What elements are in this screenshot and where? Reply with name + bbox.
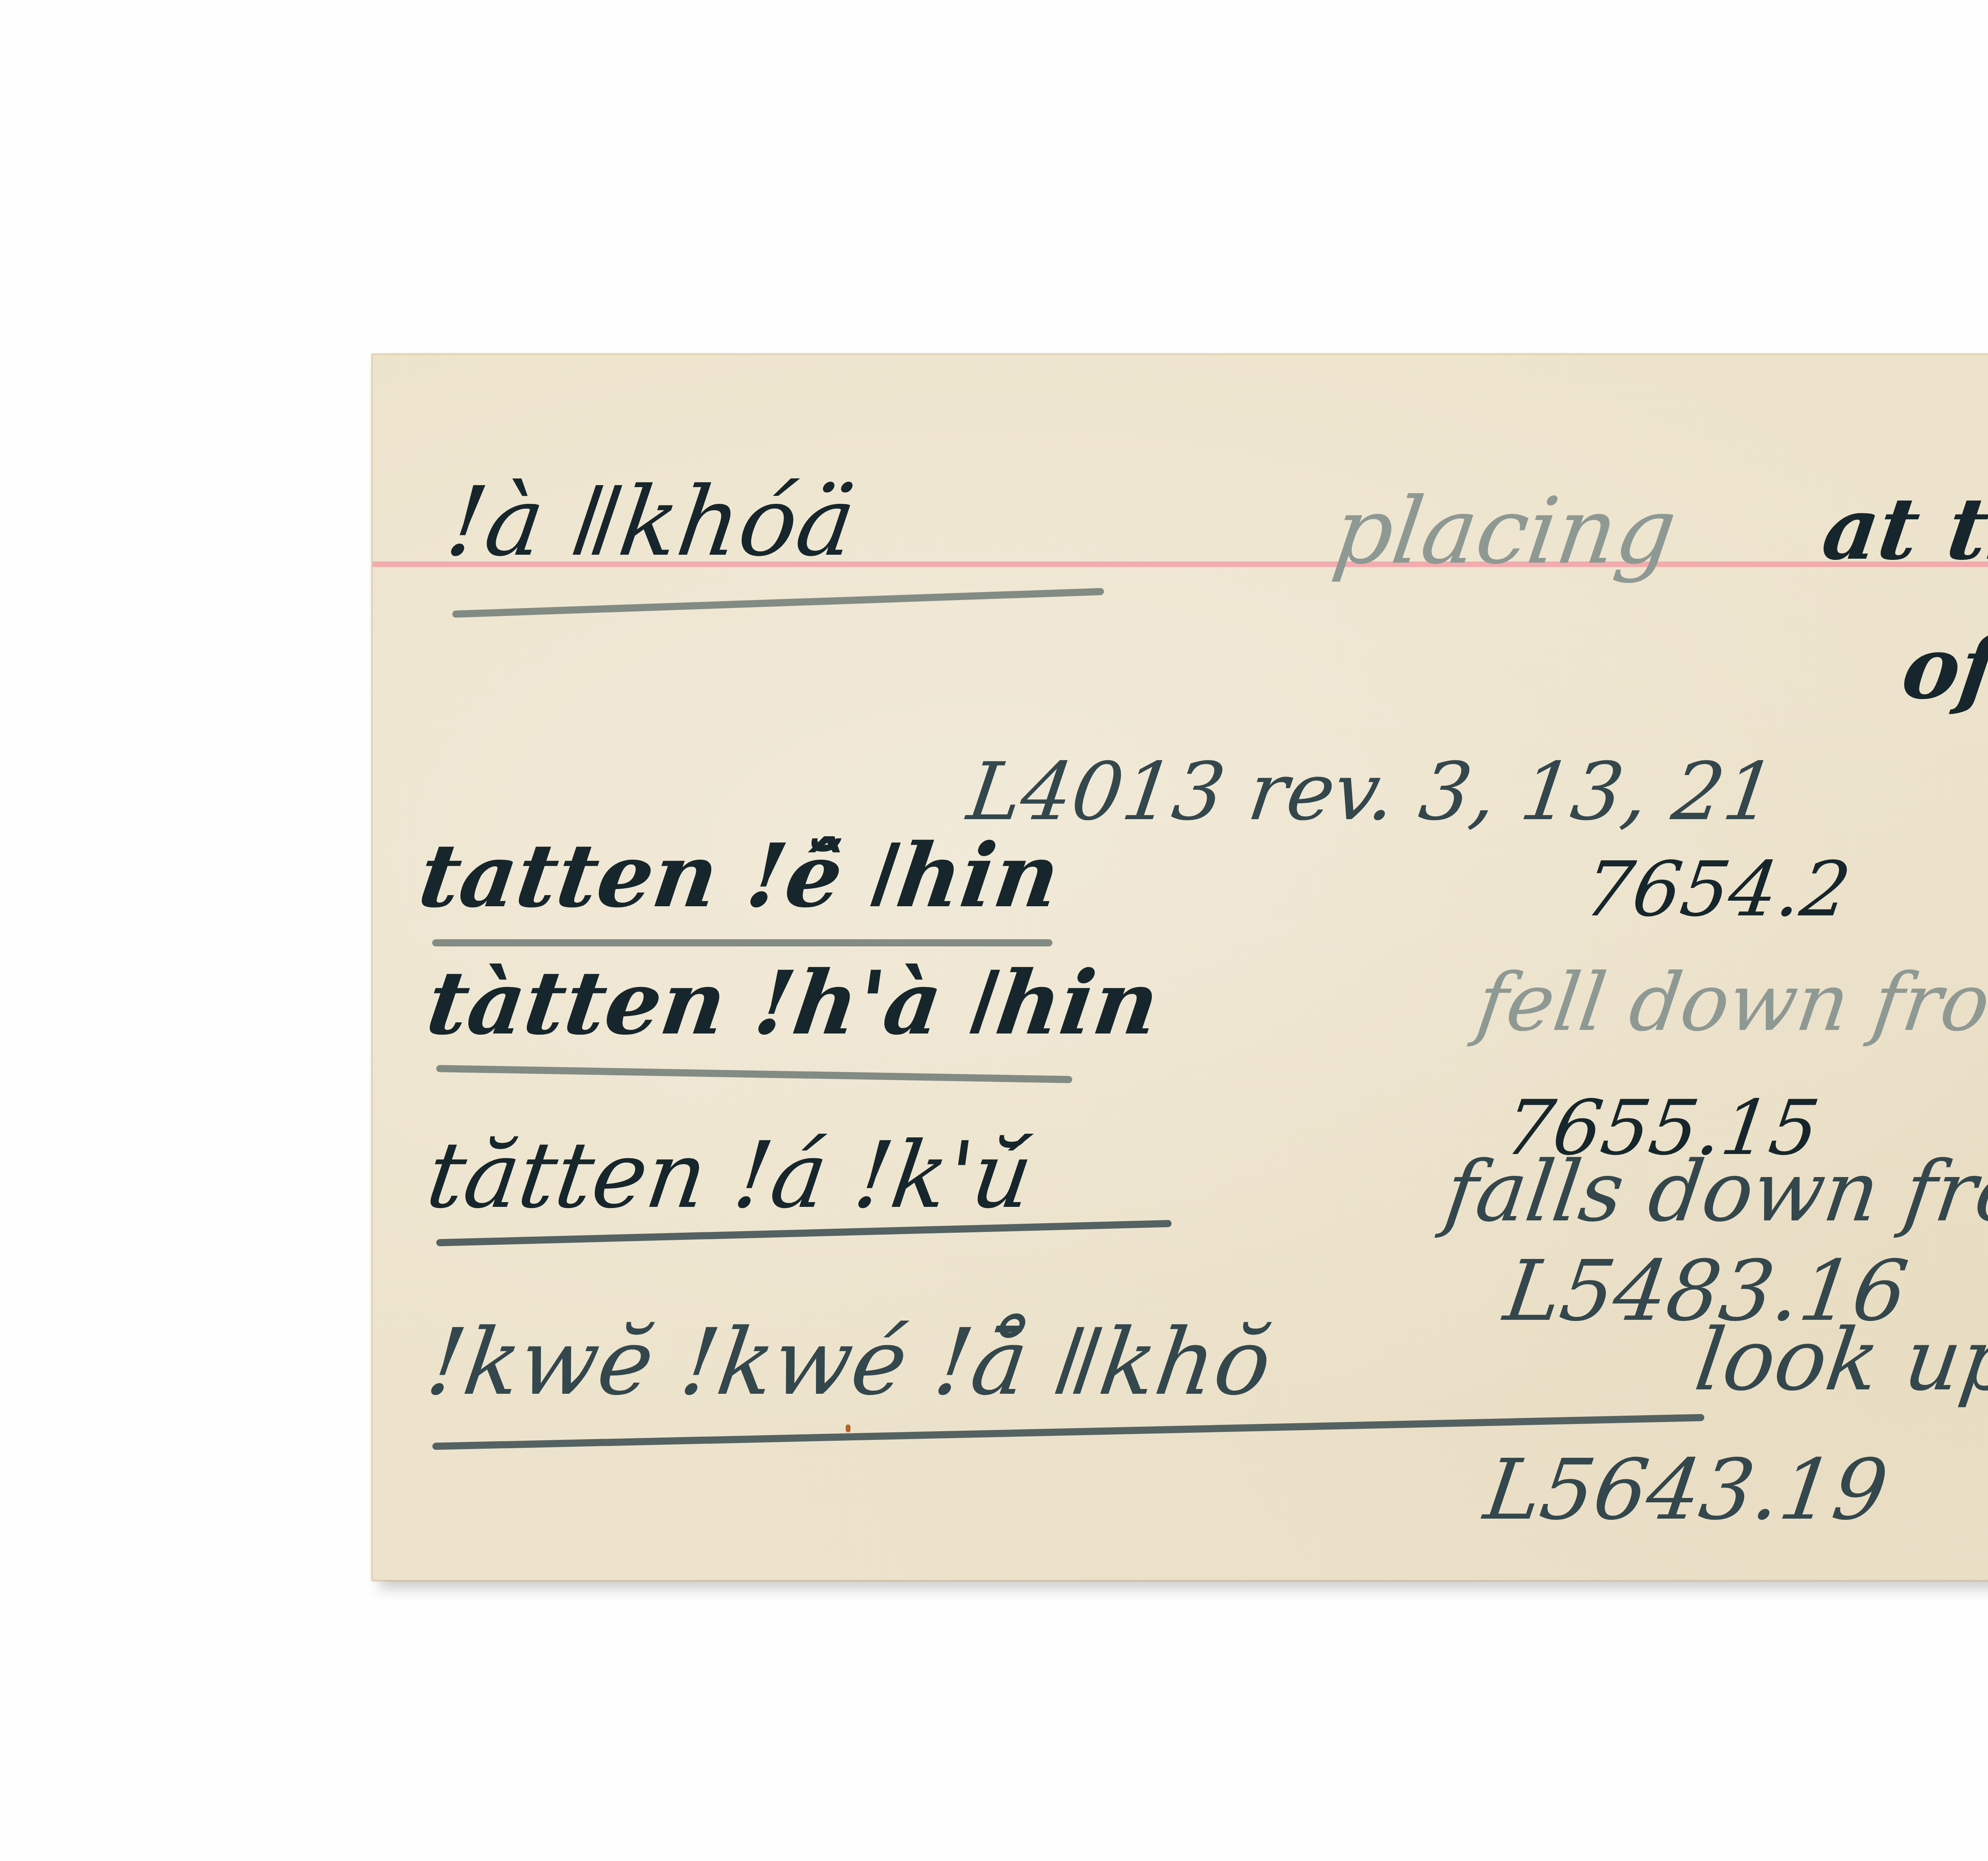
entry-underline: [436, 1065, 1072, 1083]
entry-term: !kwĕ !kwé !ā̊ ǁkhŏ: [422, 1317, 1277, 1408]
entry-gloss: fell down from above: [1472, 963, 1988, 1043]
entry-term: tatten !ĕ̂ ǀhin: [414, 832, 1065, 919]
gloss-ink: at the side: [1818, 486, 1988, 571]
headword-underline: [452, 588, 1104, 618]
entry-term: tătten !á !k'ŭ́: [422, 1130, 1038, 1222]
entry-ref: 7654.2: [1580, 852, 1855, 927]
entry-underline: [432, 939, 1052, 946]
foxing-spot: [846, 1424, 850, 1432]
entry-gloss: look up at: [1691, 1317, 1988, 1403]
entry-term: tàtten !h'à ǀhin: [422, 959, 1164, 1047]
entry-gloss: falls down from: [1440, 1150, 1988, 1234]
index-card: !à ǁkhóä placing at the side of en. L401…: [372, 354, 1988, 1581]
entry-ref: L5643.19: [1480, 1448, 1892, 1532]
reference-line: L4013 rev. 3, 13, 21: [963, 752, 1780, 832]
gloss-pencil: placing: [1328, 486, 1681, 577]
gloss-continued: of en.: [1897, 625, 1988, 711]
headword: !à ǁkhóä: [441, 474, 861, 569]
